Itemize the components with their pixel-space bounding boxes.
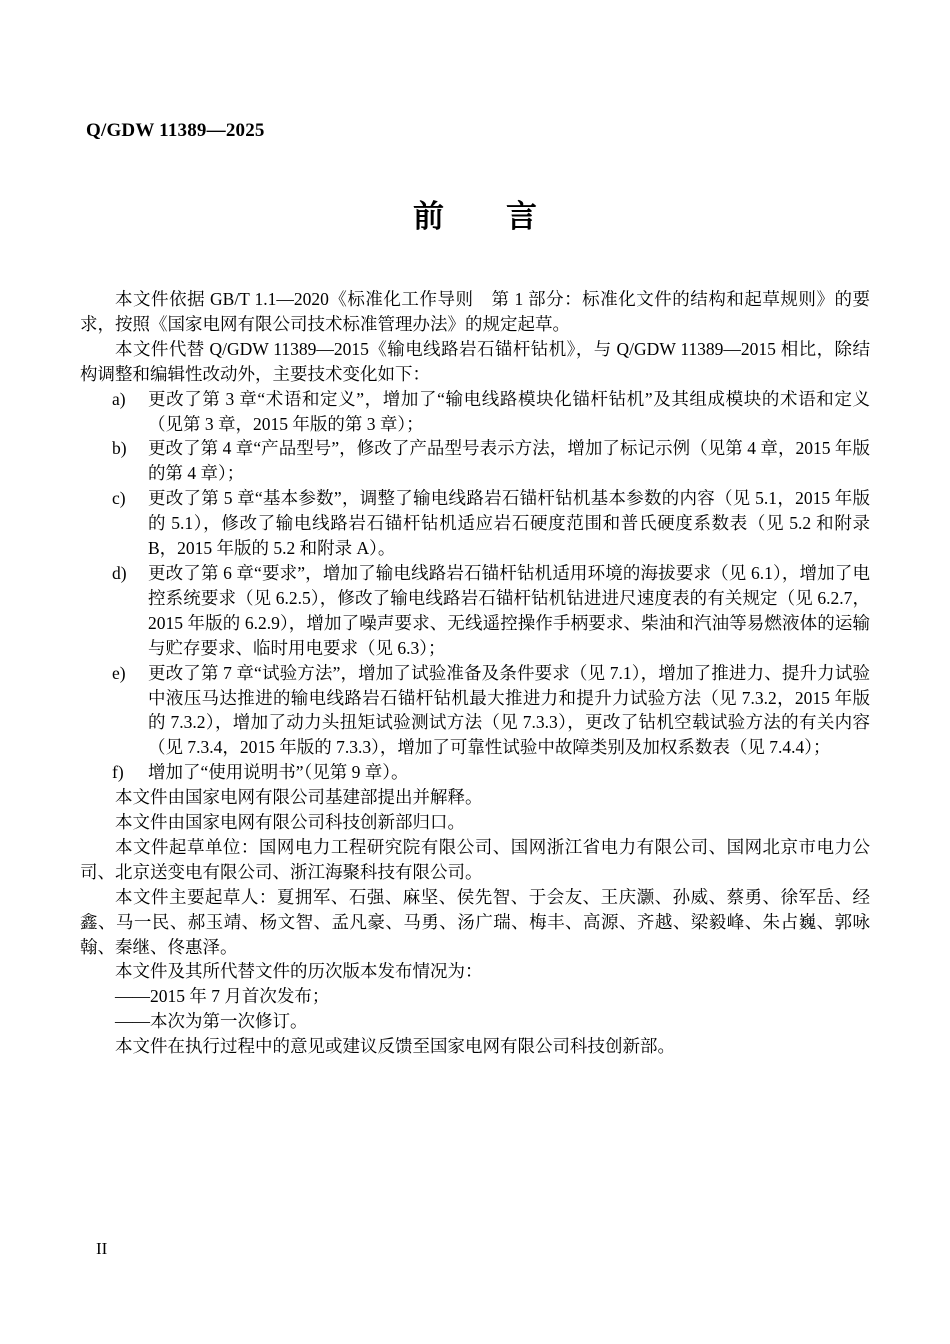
list-marker-a: a) (112, 387, 126, 412)
list-text-e: 更改了第 7 章“试验方法”，增加了试验准备及条件要求（见 7.1），增加了推进… (148, 663, 870, 758)
list-marker-c: c) (112, 486, 126, 511)
history-item-first-revision: ——本次为第一次修订。 (80, 1009, 870, 1034)
document-page: Q/GDW 11389—2025 前 言 本文件依据 GB/T 1.1—2020… (0, 0, 950, 1344)
paragraph-administration: 本文件由国家电网有限公司科技创新部归口。 (80, 810, 870, 835)
list-text-d: 更改了第 6 章“要求”，增加了输电线路岩石锚杆钻机适用环境的海拔要求（见 6.… (148, 563, 870, 658)
paragraph-replacement: 本文件代替 Q/GDW 11389—2015《输电线路岩石锚杆钻机》，与 Q/G… (80, 337, 870, 387)
list-marker-f: f) (112, 760, 124, 785)
list-marker-e: e) (112, 661, 126, 686)
foreword-content: 本文件依据 GB/T 1.1—2020《标准化工作导则 第 1 部分：标准化文件… (80, 287, 870, 1059)
list-marker-d: d) (112, 561, 127, 586)
change-item-a: a) 更改了第 3 章“术语和定义”，增加了“输电线路模块化锚杆钻机”及其组成模… (80, 387, 870, 437)
paragraph-basis: 本文件依据 GB/T 1.1—2020《标准化工作导则 第 1 部分：标准化文件… (80, 287, 870, 337)
change-item-f: f) 增加了“使用说明书”（见第 9 章）。 (80, 760, 870, 785)
paragraph-proposer: 本文件由国家电网有限公司基建部提出并解释。 (80, 785, 870, 810)
change-item-b: b) 更改了第 4 章“产品型号”，修改了产品型号表示方法，增加了标记示例（见第… (80, 436, 870, 486)
paragraph-version-history-intro: 本文件及其所代替文件的历次版本发布情况为： (80, 959, 870, 984)
list-text-a: 更改了第 3 章“术语和定义”，增加了“输电线路模块化锚杆钻机”及其组成模块的术… (148, 389, 870, 434)
paragraph-drafting-organizations: 本文件起草单位：国网电力工程研究院有限公司、国网浙江省电力有限公司、国网北京市电… (80, 835, 870, 885)
list-text-f: 增加了“使用说明书”（见第 9 章）。 (148, 762, 409, 782)
change-item-e: e) 更改了第 7 章“试验方法”，增加了试验准备及条件要求（见 7.1），增加… (80, 661, 870, 761)
page-title: 前 言 (0, 198, 950, 235)
paragraph-main-drafters: 本文件主要起草人：夏拥军、石强、麻坚、侯先智、于会友、王庆灏、孙威、蔡勇、徐军岳… (80, 885, 870, 960)
change-item-c: c) 更改了第 5 章“基本参数”，调整了输电线路岩石锚杆钻机基本参数的内容（见… (80, 486, 870, 561)
list-text-c: 更改了第 5 章“基本参数”，调整了输电线路岩石锚杆钻机基本参数的内容（见 5.… (148, 488, 870, 558)
change-item-d: d) 更改了第 6 章“要求”，增加了输电线路岩石锚杆钻机适用环境的海拔要求（见… (80, 561, 870, 661)
document-code: Q/GDW 11389—2025 (86, 120, 265, 142)
list-marker-b: b) (112, 436, 127, 461)
paragraph-feedback: 本文件在执行过程中的意见或建议反馈至国家电网有限公司科技创新部。 (80, 1034, 870, 1059)
history-item-first-release: ——2015 年 7 月首次发布； (80, 984, 870, 1009)
page-number: II (96, 1239, 107, 1259)
list-text-b: 更改了第 4 章“产品型号”，修改了产品型号表示方法，增加了标记示例（见第 4 … (148, 438, 870, 483)
